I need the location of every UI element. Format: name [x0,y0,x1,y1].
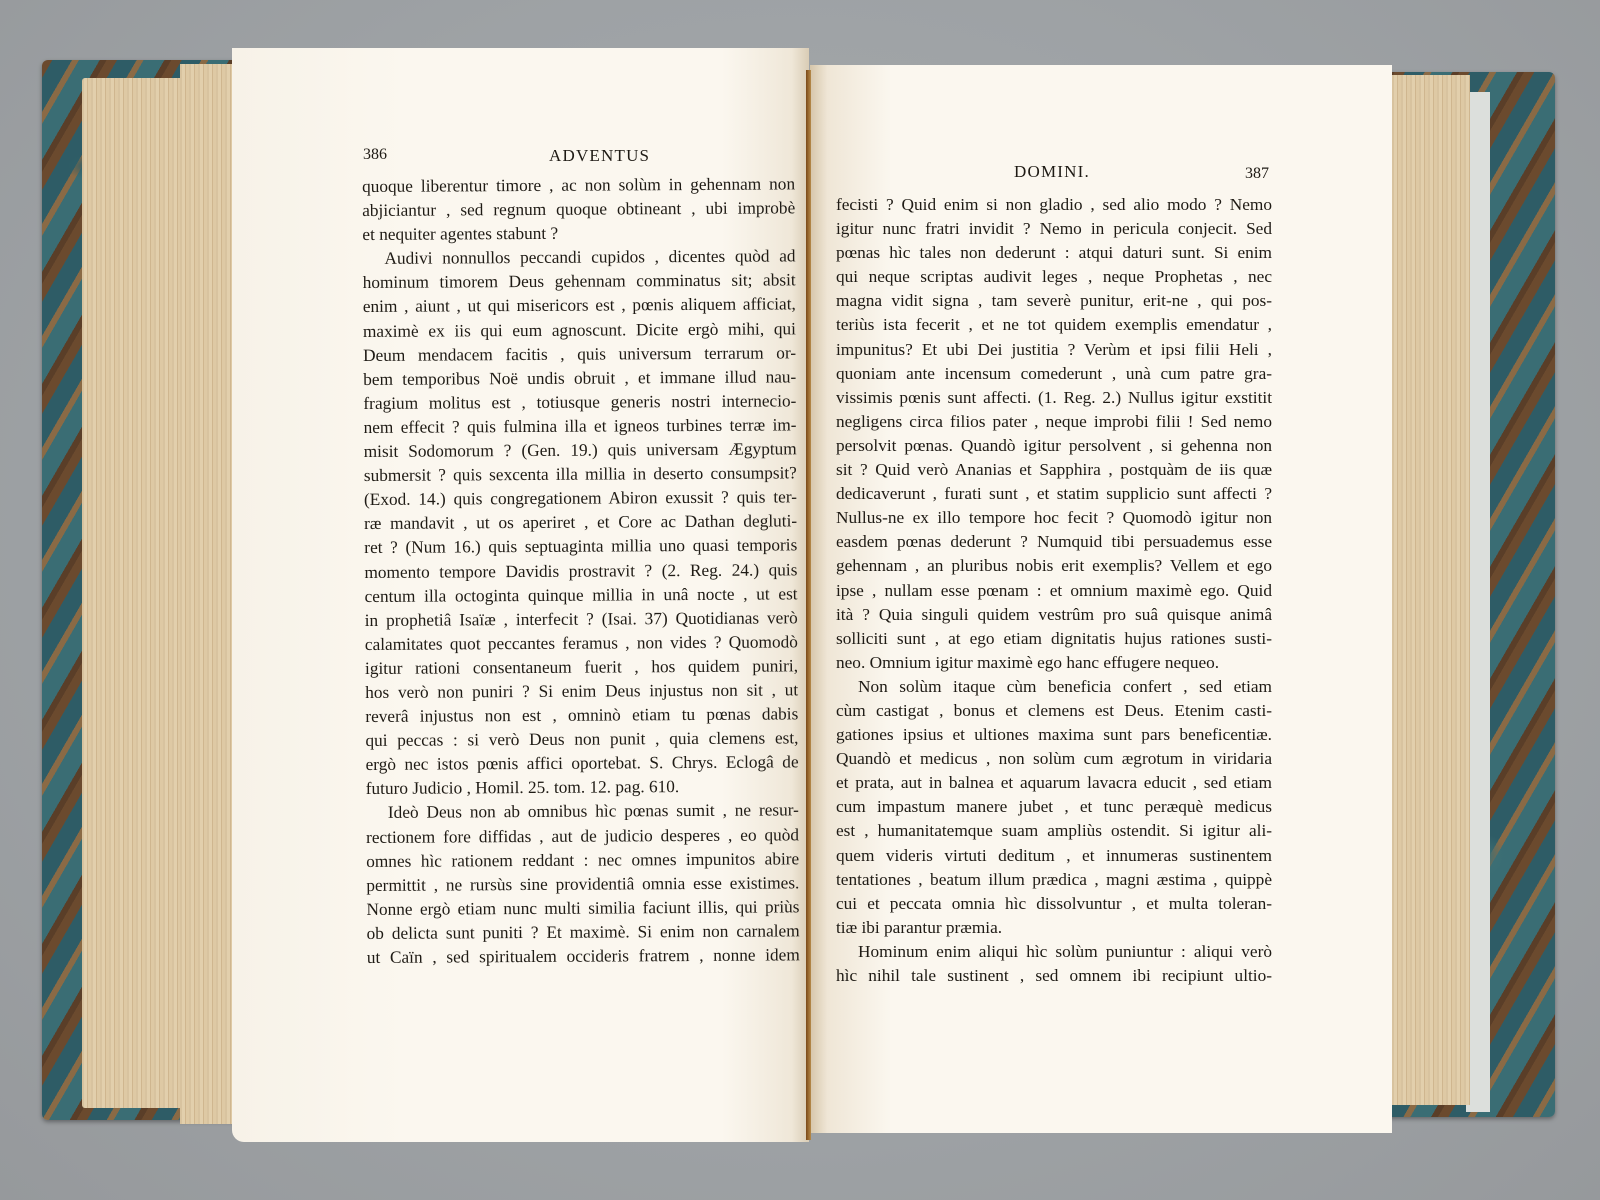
text-line: rectionem fore diffidas , aut de judicio… [366,823,799,850]
text-line: Audivi nonnullos peccandi cupidos , dice… [362,245,795,272]
text-line: igitur rationi consentaneum fuerit , hos… [365,654,798,681]
text-line: futuro Judicio , Homil. 25. tom. 12. pag… [366,775,799,802]
text-line: ret ? (Num 16.) quis septuaginta millia … [364,534,797,561]
text-line: nem effecit ? quis fulmina illa et igneo… [363,413,796,440]
text-line: igitur nunc fratri invidit ? Nemo in per… [836,217,1272,241]
text-line: qui peccas : si verò Deus non punit , qu… [365,727,798,754]
page-number-right: 387 [1245,165,1269,183]
text-line: quoniam ante incensum comederunt , unà c… [836,362,1272,386]
text-line: neo. Omnium igitur maximè ego hanc effug… [836,651,1272,675]
text-line: est , humanitatemque suam ampliùs ostend… [836,819,1272,843]
text-line: et nequiter agentes stabunt ? [362,221,795,248]
text-line: cùm castigat , bonus et clemens est Deus… [836,699,1272,723]
text-line: ergò nec istos pœnis affici oportebat. S… [366,751,799,778]
text-line: ob delicta sunt puniti ? Et maximè. Si e… [367,919,800,946]
text-line: ità ? Quia singuli quidem vestrûm pro su… [836,603,1272,627]
text-line: easdem pœnas dederunt ? Numquid tibi per… [836,530,1272,554]
text-line: momento tempore Davidis prostravit ? (2.… [364,558,797,585]
text-line: Nonne ergò etiam nunc multi similia faci… [366,895,799,922]
text-line: cum impastum manere jubet , et tunc peræ… [836,795,1272,819]
text-line: gationes ipsius et ultiones maxima sunt … [836,723,1272,747]
text-line: calamitates quot peccantes feramus , non… [365,630,798,657]
text-line: reverâ injustus non est , omninò etiam t… [365,702,798,729]
text-line: hominum timorem Deus gehennam comminatus… [363,269,796,296]
text-line: centum illa octoginta quinque millia in … [365,582,798,609]
text-line: Hominum enim aliqui hìc solùm puniuntur … [836,940,1272,964]
running-head-right: DOMINI. [1014,162,1090,182]
text-line: Ideò Deus non ab omnibus hìc pœnas sumit… [366,799,799,826]
text-line: negligens circa filios pater , neque imp… [836,410,1272,434]
text-line: tiæ ibi parantur præmia. [836,916,1272,940]
text-line: vissimis pœnis sunt affecti. (1. Reg. 2.… [836,386,1272,410]
text-line: et prata, aut in balnea et aquarum lavac… [836,771,1272,795]
text-line: abjiciantur , sed regnum quoque obtinean… [362,196,795,223]
text-line: ipse , nullam esse pœnam : et omnium max… [836,579,1272,603]
text-line: persolvit pœnas. Quandò igitur persolven… [836,434,1272,458]
text-line: submersit ? quis sexcenta illa millia in… [364,461,797,488]
text-line: fragium molitus est , totiusque generis … [363,389,796,416]
page-block-edge-left-inner [180,64,232,1124]
right-page-body-text: fecisti ? Quid enim si non gladio , sed … [836,193,1272,988]
text-line: hìc nihil tale sustinent , sed omnem ibi… [836,964,1272,988]
text-line: gehennam , an pluribus nobis erit exempl… [836,554,1272,578]
text-line: enim , aiunt , ut qui misericors est , p… [363,293,796,320]
text-line: bem temporibus Noë undis obruit , et imm… [363,365,796,392]
text-line: teriùs ista fecerit , et ne tot quidem e… [836,313,1272,337]
text-line: quoque liberentur timore , ac non solùm … [362,172,795,199]
text-line: solliciti sunt , at ego etiam dignitatis… [836,627,1272,651]
text-line: magna vidit signa , tam severè punitur, … [836,289,1272,313]
text-line: ut Caïn , sed spiritualem occideris frat… [367,943,800,970]
text-line: fecisti ? Quid enim si non gladio , sed … [836,193,1272,217]
text-line: Deum mendacem facitis , quis universum t… [363,341,796,368]
text-line: (Exod. 14.) quis congregationem Abiron e… [364,486,797,513]
book-gutter [806,70,811,1140]
text-line: hos verò non puniri ? Si enim Deus injus… [365,678,798,705]
text-line: pœnas hìc tales non dederunt : atqui dat… [836,241,1272,265]
text-line: permittit , ne rursùs sine providentiâ o… [366,871,799,898]
text-line: Quandò et medicus , non solùm cum ægrotu… [836,747,1272,771]
left-page-body-text: quoque liberentur timore , ac non solùm … [362,172,800,970]
text-line: cui et peccata omnia hìc dissolvuntur , … [836,892,1272,916]
text-line: Non solùm itaque cùm beneficia confert ,… [836,675,1272,699]
text-line: misit Sodomorum ? (Gen. 19.) quis univer… [364,437,797,464]
running-head-left: ADVENTUS [549,146,650,166]
text-line: omnes hìc rationem reddant : nec omnes i… [366,847,799,874]
text-line: ræ mandavit , ut os aperiret , et Core a… [364,510,797,537]
text-line: impunitus? Et ubi Dei justitia ? Verùm e… [836,338,1272,362]
page-number-left: 386 [363,146,387,164]
text-line: tentationes , beatum illum prædica , mag… [836,868,1272,892]
text-line: Nullus-ne ex illo tempore hoc fecit ? Qu… [836,506,1272,530]
text-line: sit ? Quid verò Ananias et Sapphira , po… [836,458,1272,482]
text-line: qui neque scriptas audivit leges , neque… [836,265,1272,289]
text-line: dedicaverunt , furati sunt , et statim s… [836,482,1272,506]
page-block-edge-right [1392,75,1470,1105]
text-line: in prophetiâ Isaïæ , interfecit ? (Isai.… [365,606,798,633]
text-line: quem videris virtuti deditum , et innume… [836,844,1272,868]
text-line: maximè ex iis qui eum agnoscunt. Dicite … [363,317,796,344]
